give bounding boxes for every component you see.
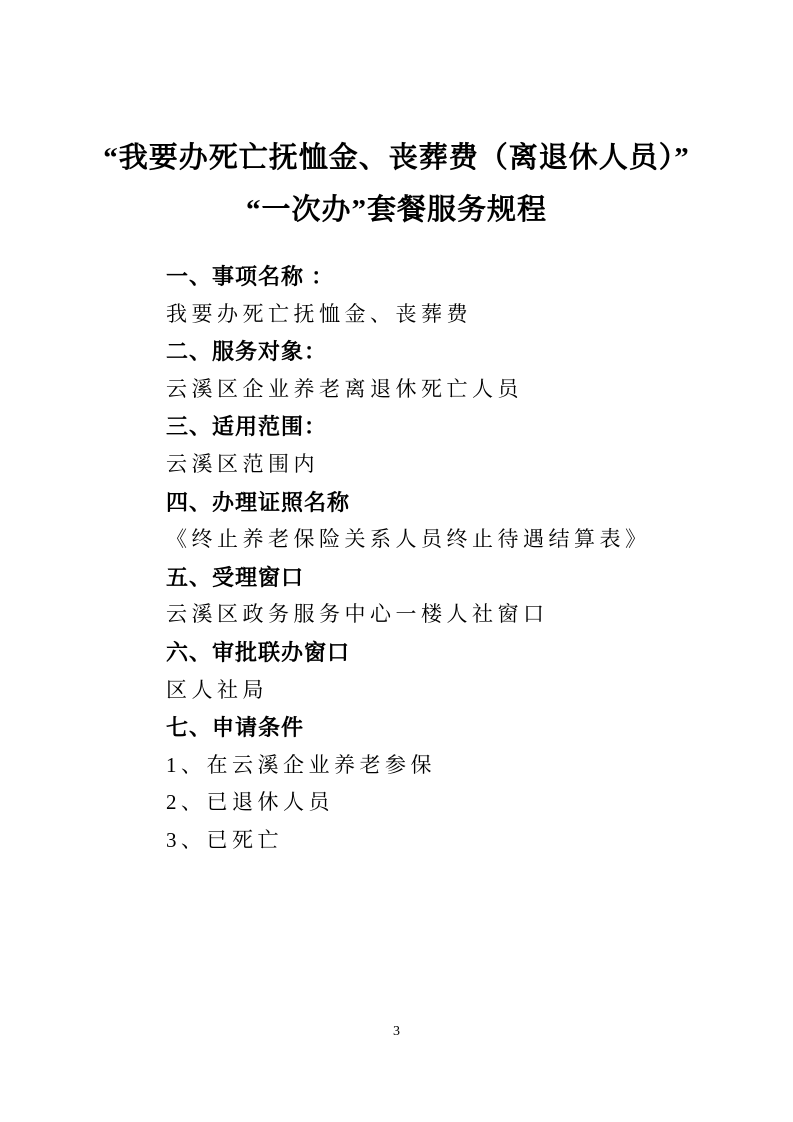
section-4-heading: 四、办理证照名称: [166, 484, 793, 522]
section-2-heading: 二、服务对象：: [166, 333, 793, 371]
page-number: 3: [0, 1022, 793, 1042]
document-title: “我要办死亡抚恤金、丧葬费（离退休人员）” “一次办”套餐服务规程: [0, 0, 793, 236]
section-5-body-line: 云溪区政务服务中心一楼人社窗口: [166, 596, 793, 634]
document-body: 一、事项名称 ： 我要办死亡抚恤金、丧葬费 二、服务对象： 云溪区企业养老离退休…: [166, 258, 793, 860]
section-7-body-line-3: 3、已死亡: [166, 822, 793, 860]
section-7-body-line-2: 2、已退休人员: [166, 784, 793, 822]
section-3-body-line: 云溪区范围内: [166, 446, 793, 484]
section-7-body-line-1: 1、在云溪企业养老参保: [166, 747, 793, 785]
section-5-heading: 五、受理窗口: [166, 559, 793, 597]
section-6-heading: 六、审批联办窗口: [166, 634, 793, 672]
section-1-heading: 一、事项名称 ：: [166, 258, 793, 296]
section-3-heading: 三、适用范围：: [166, 408, 793, 446]
document-title-line2: “一次办”套餐服务规程: [0, 184, 793, 236]
section-6-body-line: 区人社局: [166, 672, 793, 710]
section-1-body-line: 我要办死亡抚恤金、丧葬费: [166, 296, 793, 334]
section-2-body-line: 云溪区企业养老离退休死亡人员: [166, 371, 793, 409]
section-7-heading: 七、申请条件: [166, 709, 793, 747]
document-title-line1: “我要办死亡抚恤金、丧葬费（离退休人员）”: [0, 132, 793, 184]
document-page: “我要办死亡抚恤金、丧葬费（离退休人员）” “一次办”套餐服务规程 一、事项名称…: [0, 0, 793, 1122]
section-4-body-line: 《终止养老保险关系人员终止待遇结算表》: [166, 521, 793, 559]
